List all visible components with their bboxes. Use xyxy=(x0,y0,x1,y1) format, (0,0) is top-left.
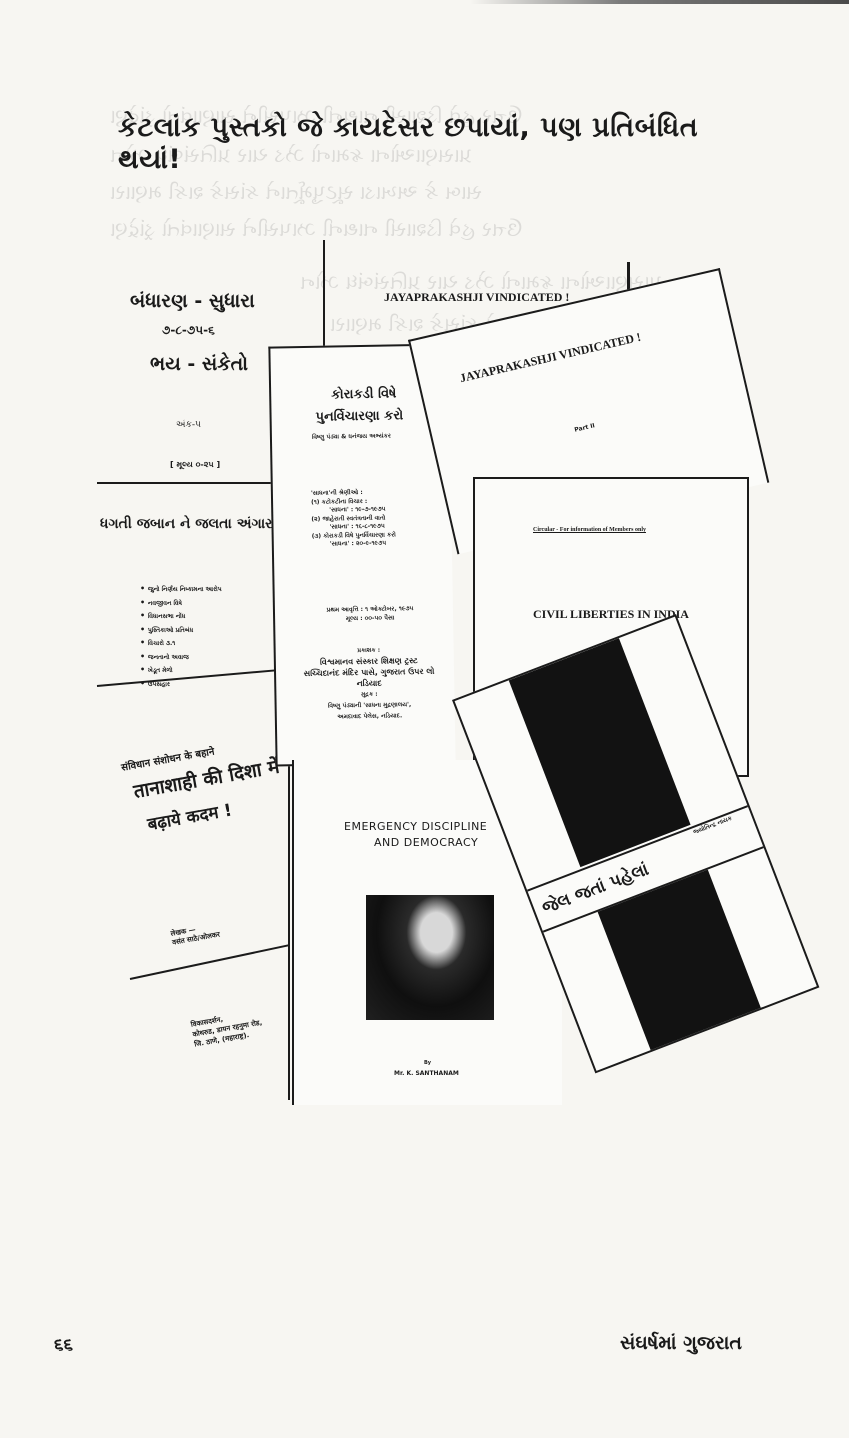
bleed-through-text: સાબ કે અખાડા સૂટપુર્મૂતાને કાંસકે શકી મણ… xyxy=(110,180,482,204)
contents-item: પુસ્તિકાઓ પ્રતિબંધ xyxy=(140,624,222,638)
booklet-byline: વિષ્ણુ પંડ્યા & ધનંજય અભ્યંકર xyxy=(312,432,391,441)
divider xyxy=(130,944,289,980)
circular-note: Circular - For information of Members on… xyxy=(533,527,646,533)
contents-item: જુનો નિર્ણય નિષ્કામના આરોપ xyxy=(140,583,222,597)
booklet-title-line2: बढ़ाये कदम ! xyxy=(145,798,233,835)
cover-photo-bottom xyxy=(598,870,763,1054)
price: મૂલ્ય : ૦૦-૫૦ પૈસા xyxy=(305,613,435,624)
contents-item: જનતાનો અવાજ xyxy=(140,651,222,665)
booklet-part: Part II xyxy=(574,422,596,433)
booklet-title: કોરાકડી વિષે xyxy=(331,386,396,402)
contents-item: નવજીવન વિષે xyxy=(140,597,222,611)
page-heading: કેટલાંક પુસ્તકો જે કાયદેસર છપાયાં, પણ પ્… xyxy=(118,112,738,176)
portrait-photo xyxy=(366,895,494,1020)
cover-photo-top xyxy=(509,638,691,867)
byline-label: By xyxy=(424,1060,431,1066)
sheet-edge xyxy=(323,240,325,350)
bleed-through-text: ઉત્તર હવે ડિશાસી નાથની ઝાપસીને સાણાવંતો … xyxy=(110,217,522,241)
author: Mr. K. SANTHANAM xyxy=(394,1070,459,1077)
booklet-title: બંધારણ - સુધારા xyxy=(130,290,255,312)
booklet-series: અંક-૫ xyxy=(176,420,201,430)
contents-item: વિચારો ૩.૧ xyxy=(140,637,222,651)
booklet-title: JAYAPRAKASHJI VINDICATED ! xyxy=(384,290,569,305)
divider xyxy=(97,482,282,484)
booklet-title: ધગતી જબાન ને જલતા અંગાર xyxy=(100,516,272,532)
booklet-title: JAYAPRAKASHJI VINDICATED ! xyxy=(458,330,642,386)
booklet-title-line2: AND DEMOCRACY xyxy=(374,836,478,849)
printer-address: અમદાવાદ પેલેસ, નડિયાદ. xyxy=(295,710,445,724)
booklet-title: EMERGENCY DISCIPLINE xyxy=(344,820,487,833)
booklet-title-line2: પુનર્વિચારણા કરો xyxy=(315,408,403,425)
running-title: સંઘર્ષમાં ગુજરાત xyxy=(620,1332,742,1354)
series-ref: 'સાધના' : ૨૦-૯-૧૯૭૫ xyxy=(312,539,396,549)
page-number: ૬૬ xyxy=(54,1335,73,1355)
booklet-subtitle: ભય - સંકેતો xyxy=(150,353,248,375)
booklet-price: [ મૂલ્ય ૦-૨૫ ] xyxy=(170,460,220,470)
scan-edge xyxy=(470,0,849,4)
booklet-date: ૭-૮-૭૫-૬ xyxy=(162,323,215,338)
contents-item: વિધાનસભા નોંધ xyxy=(140,610,222,624)
